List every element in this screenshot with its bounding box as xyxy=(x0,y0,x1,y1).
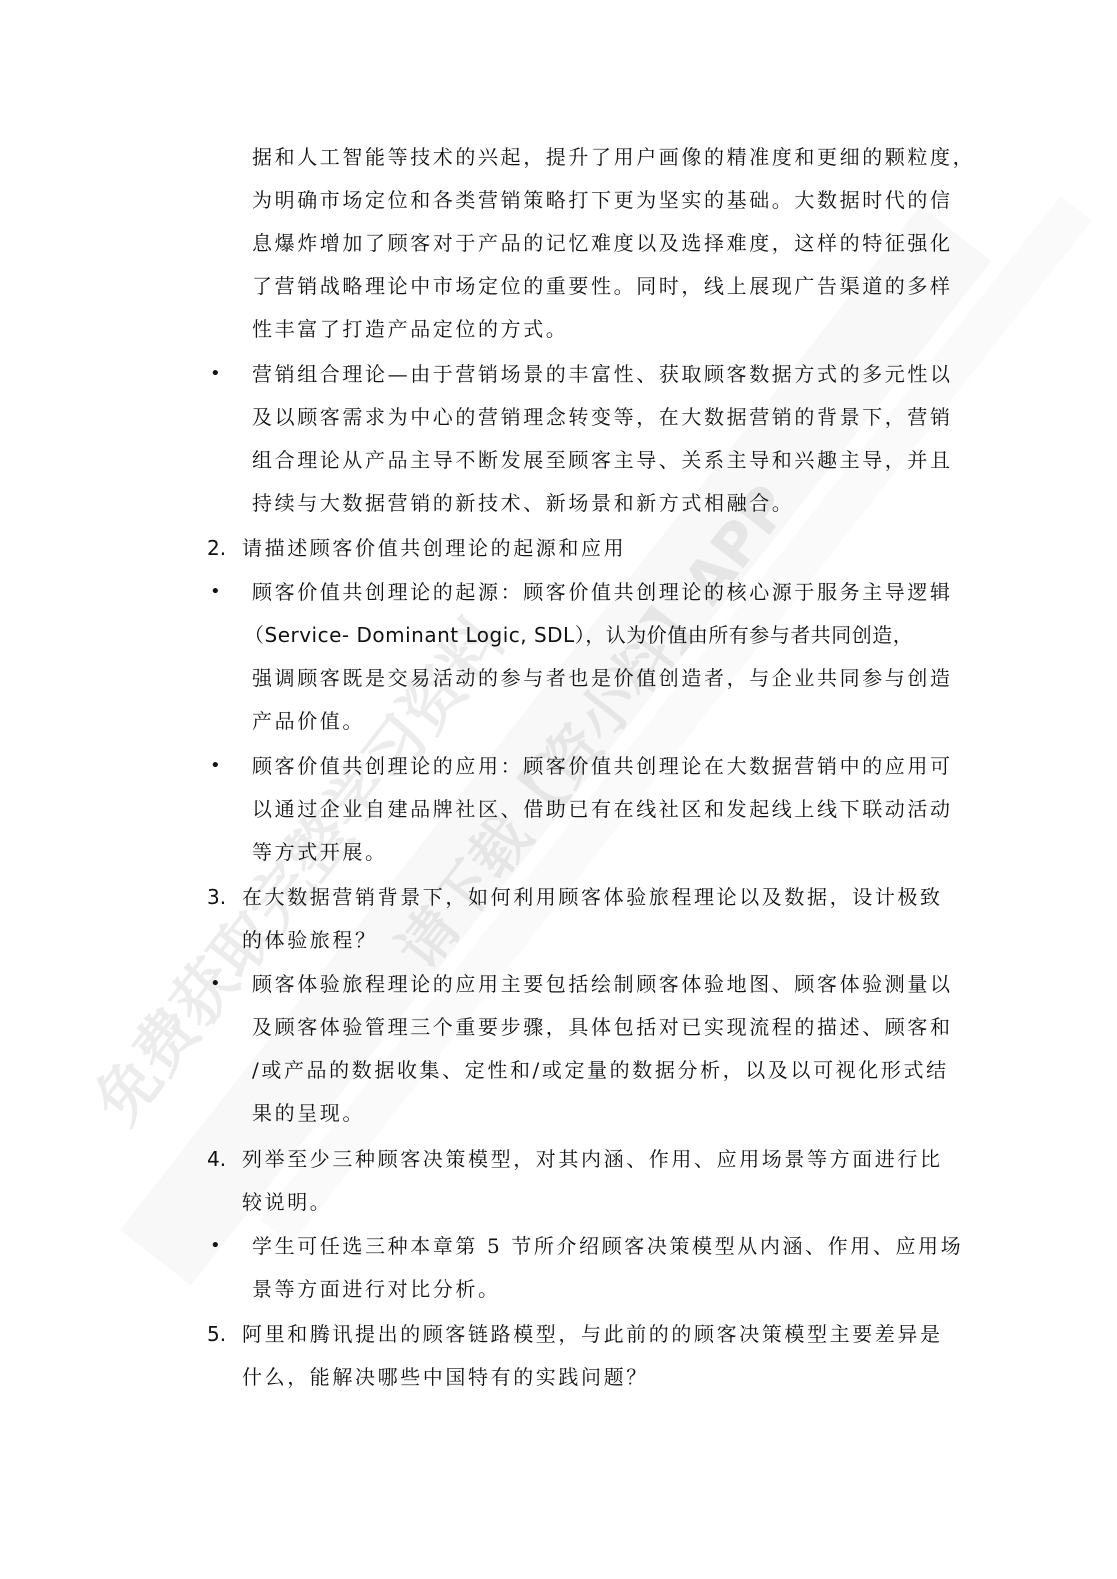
question-text: 较说明。 xyxy=(242,1188,332,1216)
text-line: 营销组合理论—由于营销场景的丰富性、获取顾客数据方式的多元性以 xyxy=(252,360,953,388)
text-line: 顾客价值共创理论的起源：顾客价值共创理论的核心源于服务主导逻辑 xyxy=(252,578,953,606)
question-text: 在大数据营销背景下，如何利用顾客体验旅程理论以及数据，设计极致 xyxy=(242,883,943,911)
text-line: 顾客体验旅程理论的应用主要包括绘制顾客体验地图、顾客体验测量以 xyxy=(252,970,953,998)
text-line: 等方式开展。 xyxy=(252,838,388,866)
question-number: 4. xyxy=(207,1145,226,1173)
question-text: 阿里和腾讯提出的顾客链路模型，与此前的的顾客决策模型主要差异是 xyxy=(242,1320,943,1348)
text-line: 组合理论从产品主导不断发展至顾客主导、关系主导和兴趣主导，并且 xyxy=(252,446,953,474)
question-number: 2. xyxy=(207,534,226,562)
bullet-icon: • xyxy=(210,752,221,780)
text-line: 为明确市场定位和各类营销策略打下更为坚实的基础。大数据时代的信 xyxy=(252,186,953,214)
text-line: 产品价值。 xyxy=(252,707,365,735)
text-line: 学生可任选三种本章第 5 节所介绍顾客决策模型从内涵、作用、应用场 xyxy=(252,1232,963,1260)
question-number: 5. xyxy=(207,1320,226,1348)
document-page: 免费获取完整学习资料 请下载【资小料】APP 据和人工智能等技术的兴起，提升了用… xyxy=(0,0,1117,1579)
question-text: 列举至少三种顾客决策模型，对其内涵、作用、应用场景等方面进行比 xyxy=(242,1145,943,1173)
bullet-icon: • xyxy=(210,970,221,998)
text-line: 性丰富了打造产品定位的方式。 xyxy=(252,315,568,343)
text-line: 景等方面进行对比分析。 xyxy=(252,1275,501,1303)
text-line: 强调顾客既是交易活动的参与者也是价值创造者，与企业共同参与创造 xyxy=(252,664,953,692)
text-line: 了营销战略理论中市场定位的重要性。同时，线上展现广告渠道的多样 xyxy=(252,272,953,300)
bullet-icon: • xyxy=(210,578,221,606)
text-line: 持续与大数据营销的新技术、新场景和新方式相融合。 xyxy=(252,489,794,517)
question-text: 请描述顾客价值共创理论的起源和应用 xyxy=(242,534,626,562)
bullet-icon: • xyxy=(210,1232,221,1260)
watermark-stripe xyxy=(260,196,1092,1245)
text-line: 顾客价值共创理论的应用：顾客价值共创理论在大数据营销中的应用可 xyxy=(252,752,953,780)
question-number: 3. xyxy=(207,883,226,911)
question-text: 什么，能解决哪些中国特有的实践问题？ xyxy=(242,1363,649,1391)
text-line: 息爆炸增加了顾客对于产品的记忆难度以及选择难度，这样的特征强化 xyxy=(252,229,953,257)
text-line: 及顾客体验管理三个重要步骤，具体包括对已实现流程的描述、顾客和 xyxy=(252,1013,953,1041)
text-line: 及以顾客需求为中心的营销理念转变等，在大数据营销的背景下，营销 xyxy=(252,403,953,431)
text-line: 据和人工智能等技术的兴起，提升了用户画像的精准度和更细的颗粒度， xyxy=(252,143,975,171)
text-line: /或产品的数据收集、定性和/或定量的数据分析，以及以可视化形式结 xyxy=(252,1056,949,1084)
question-text: 的体验旅程？ xyxy=(242,926,378,954)
text-line: （Service- Dominant Logic, SDL），认为价值由所有参与… xyxy=(244,621,913,649)
text-line: 以通过企业自建品牌社区、借助已有在线社区和发起线上线下联动活动 xyxy=(252,795,953,823)
text-line: 果的呈现。 xyxy=(252,1099,365,1127)
bullet-icon: • xyxy=(210,360,221,388)
